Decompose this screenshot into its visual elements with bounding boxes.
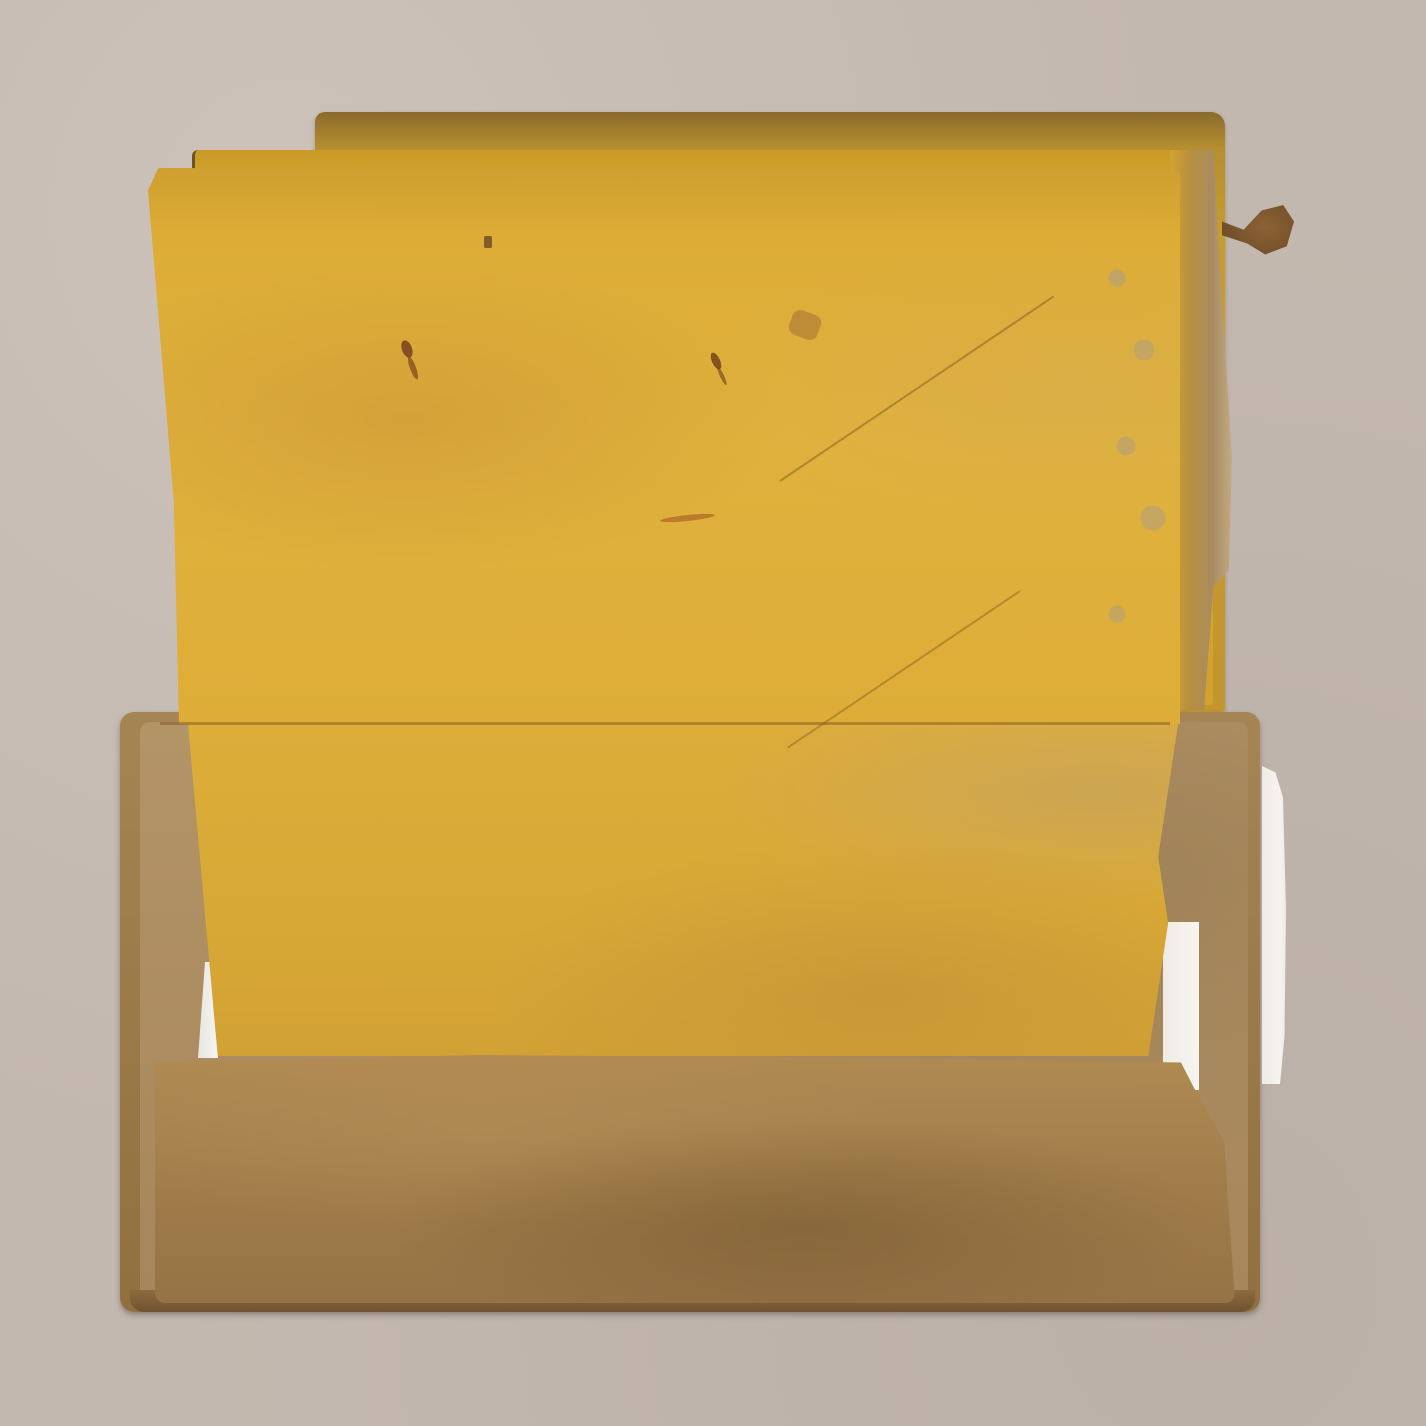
brown-cover-band (155, 1055, 1235, 1303)
yellow-page-lower-half (188, 724, 1178, 1056)
mottled-page-edge (1090, 230, 1180, 710)
page-fold-crease (160, 722, 1170, 725)
yellow-page-upper-half (148, 168, 1180, 724)
small-mark (484, 236, 492, 248)
